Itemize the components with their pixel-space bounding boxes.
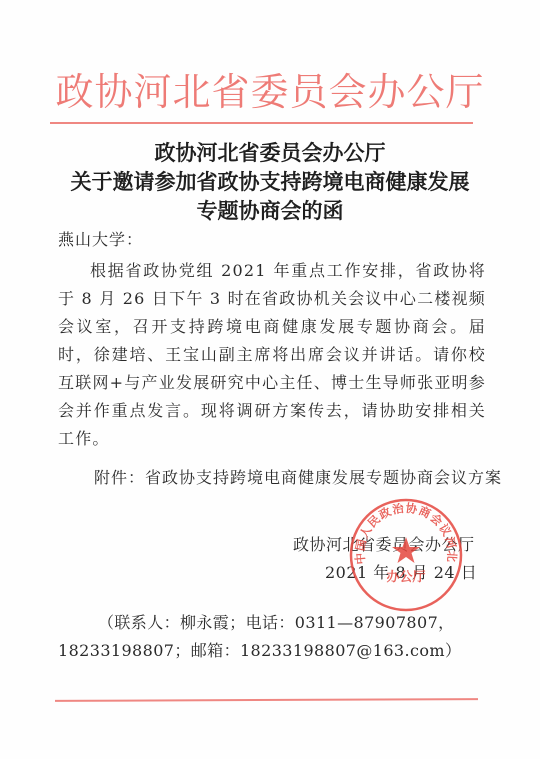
footer-divider (55, 698, 478, 702)
document-title-line-1: 政协河北省委员会办公厅 (0, 138, 540, 167)
document-title-line-2: 关于邀请参加省政协支持跨境电商健康发展 (0, 167, 540, 196)
salutation: 燕山大学： (58, 229, 143, 251)
body-paragraph: 根据省政协党组 2021 年重点工作安排，省政协将于 8 月 26 日下午 3 … (58, 257, 486, 453)
letterhead-title: 政协河北省委员会办公厅 (0, 70, 540, 114)
signature-organization: 政协河北省委员会办公厅 (293, 534, 475, 556)
attachment-note: 附件：省政协支持跨境电商健康发展专题协商会议方案 (94, 467, 502, 489)
signature-date: 2021 年 8 月 24 日 (325, 562, 477, 584)
contact-info: （联系人：柳永霞；电话：0311—87907807，18233198807；邮箱… (58, 609, 488, 665)
letterhead-divider (50, 122, 473, 124)
document-title-line-3: 专题协商会的函 (0, 196, 540, 225)
document-title: 政协河北省委员会办公厅 关于邀请参加省政协支持跨境电商健康发展 专题协商会的函 (0, 138, 540, 225)
